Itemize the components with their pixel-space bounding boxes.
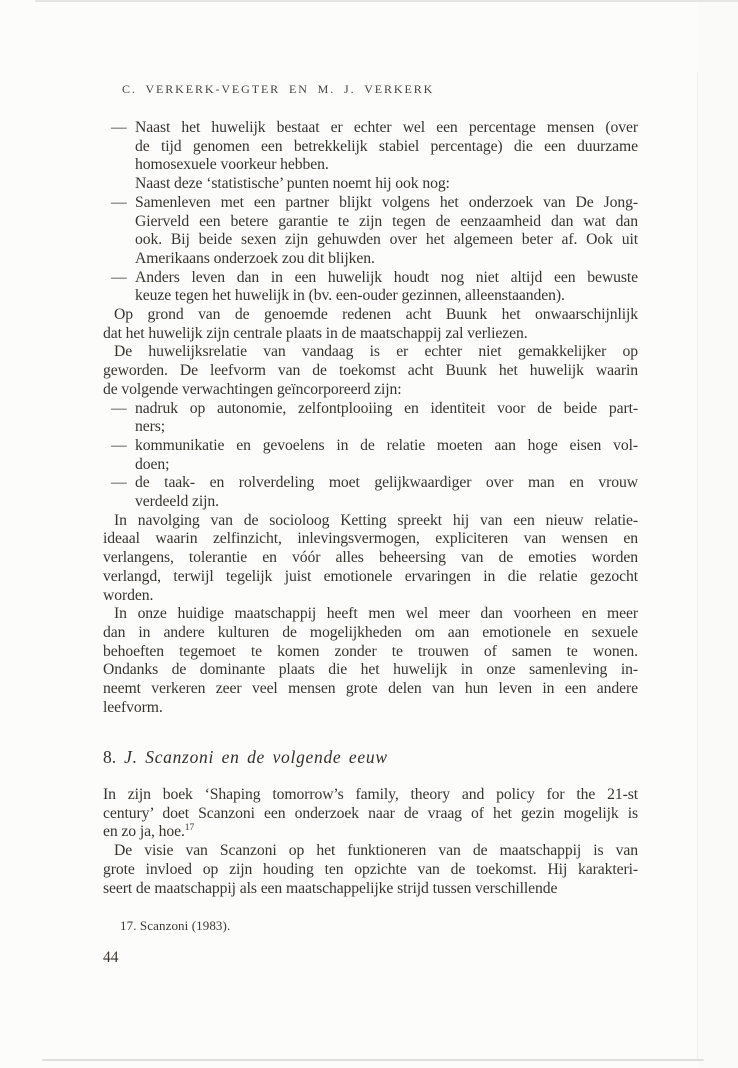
paragraph: De huwelijksrelatie van vandaag is er ec… bbox=[103, 343, 638, 399]
footnote: 17. Scanzoni (1983). bbox=[120, 918, 230, 934]
text-line: ideaal waarin zelfinzicht, inlevingsverm… bbox=[103, 530, 638, 549]
text-line: de taak- en rolverdeling moet gelijkwaar… bbox=[135, 474, 638, 493]
text-line: century’ doet Scanzoni een onderzoek naa… bbox=[103, 805, 638, 824]
text-line: seert de maatschappij als een maatschapp… bbox=[103, 880, 638, 899]
paragraph: Op grond van de genoemde redenen acht Bu… bbox=[103, 306, 638, 343]
text-line: doen; bbox=[135, 456, 638, 475]
paragraph: De visie van Scanzoni op het funktionere… bbox=[103, 842, 638, 898]
dash-list-item: —nadruk op autonomie, zelfontplooiing en… bbox=[103, 400, 638, 437]
text-line: Ondanks de dominante plaats die het huwe… bbox=[103, 661, 638, 680]
dash-list-item: —kommunikatie en gevoelens in de relatie… bbox=[103, 437, 638, 474]
section-text-column: In zijn boek ‘Shaping tomorrow’s family,… bbox=[103, 786, 638, 898]
body-text-column: —Naast het huwelijk bestaat er echter we… bbox=[103, 119, 638, 718]
dash-list-item: —de taak- en rolverdeling moet gelijkwaa… bbox=[103, 474, 638, 511]
page-number: 44 bbox=[103, 949, 119, 967]
text-line: Op grond van de genoemde redenen acht Bu… bbox=[103, 306, 638, 325]
dash-bullet: — bbox=[111, 474, 127, 493]
section-title: J. Scanzoni en de volgende eeuw bbox=[124, 747, 388, 767]
section-heading: 8.J. Scanzoni en de volgende eeuw bbox=[103, 747, 388, 768]
text-line: behoeften tegemoet te komen zonder te tr… bbox=[103, 643, 638, 662]
scan-edge-bottom bbox=[42, 1059, 704, 1061]
footnote-reference: 17 bbox=[185, 823, 195, 833]
paragraph: In navolging van de socioloog Ketting sp… bbox=[103, 512, 638, 606]
text-line: homosexuele voorkeur hebben. bbox=[135, 156, 638, 175]
text-line: neemt verkeren zeer veel mensen grote de… bbox=[103, 680, 638, 699]
text-line: verdeeld zijn. bbox=[135, 493, 638, 512]
text-line: Gierveld een betere garantie te zijn teg… bbox=[135, 213, 638, 232]
text-line: Anders leven dan in een huwelijk houdt n… bbox=[135, 269, 638, 288]
dash-list-item: —Samenleven met een partner blijkt volge… bbox=[103, 194, 638, 269]
scanned-book-page: C. VERKERK-VEGTER EN M. J. VERKERK —Naas… bbox=[0, 0, 738, 1068]
paragraph: In zijn boek ‘Shaping tomorrow’s family,… bbox=[103, 786, 638, 842]
dash-bullet: — bbox=[111, 119, 127, 138]
paragraph: In onze huidige maatschappij heeft men w… bbox=[103, 605, 638, 717]
text-line: dan in andere kulturen de mogelijkheden … bbox=[103, 624, 638, 643]
scan-edge-top bbox=[35, 0, 738, 2]
text-line: de tijd genomen een betrekkelijk stabiel… bbox=[135, 138, 638, 157]
text-line: verlangd, terwijl tegelijk juist emotion… bbox=[103, 568, 638, 587]
text-line: grote invloed op zijn houding ten opzich… bbox=[103, 861, 638, 880]
text-line: de volgende verwachtingen geïncorporeerd… bbox=[103, 381, 638, 400]
text-line: keuze tegen het huwelijk in (bv. een-oud… bbox=[135, 287, 638, 306]
dash-list-item: —Anders leven dan in een huwelijk houdt … bbox=[103, 269, 638, 306]
text-line: Samenleven met een partner blijkt volgen… bbox=[135, 194, 638, 213]
section-number: 8. bbox=[103, 747, 116, 767]
dash-bullet: — bbox=[111, 194, 127, 213]
text-line: ook. Bij beide sexen zijn gehuwden over … bbox=[135, 231, 638, 250]
text-line: kommunikatie en gevoelens in de relatie … bbox=[135, 437, 638, 456]
text-line: De huwelijksrelatie van vandaag is er ec… bbox=[103, 343, 638, 362]
text-line: ners; bbox=[135, 418, 638, 437]
text-line: Naast deze ‘statistische’ punten noemt h… bbox=[135, 175, 638, 194]
dash-list-item: —Naast het huwelijk bestaat er echter we… bbox=[103, 119, 638, 175]
scan-edge-right bbox=[697, 72, 698, 1060]
text-line: leefvorm. bbox=[103, 699, 638, 718]
text-line: dat het huwelijk zijn centrale plaats in… bbox=[103, 325, 638, 344]
dash-bullet: — bbox=[111, 269, 127, 288]
text-line: geworden. De leefvorm van de toekomst ac… bbox=[103, 362, 638, 381]
scan-page-edge-shade bbox=[698, 0, 738, 1068]
text-line: De visie van Scanzoni op het funktionere… bbox=[103, 842, 638, 861]
text-line: verlangens, tolerantie en vóór alles beh… bbox=[103, 549, 638, 568]
text-line: In onze huidige maatschappij heeft men w… bbox=[103, 605, 638, 624]
text-line: en zo ja, hoe.17 bbox=[103, 823, 638, 842]
text-line: Naast het huwelijk bestaat er echter wel… bbox=[135, 119, 638, 138]
text-line: In navolging van de socioloog Ketting sp… bbox=[103, 512, 638, 531]
paragraph: Naast deze ‘statistische’ punten noemt h… bbox=[103, 175, 638, 194]
text-line: Amerikaans onderzoek zou dit blijken. bbox=[135, 250, 638, 269]
text-line: worden. bbox=[103, 587, 638, 606]
dash-bullet: — bbox=[111, 400, 127, 419]
text-line: nadruk op autonomie, zelfontplooiing en … bbox=[135, 400, 638, 419]
dash-bullet: — bbox=[111, 437, 127, 456]
text-line: In zijn boek ‘Shaping tomorrow’s family,… bbox=[103, 786, 638, 805]
running-header: C. VERKERK-VEGTER EN M. J. VERKERK bbox=[122, 82, 434, 97]
